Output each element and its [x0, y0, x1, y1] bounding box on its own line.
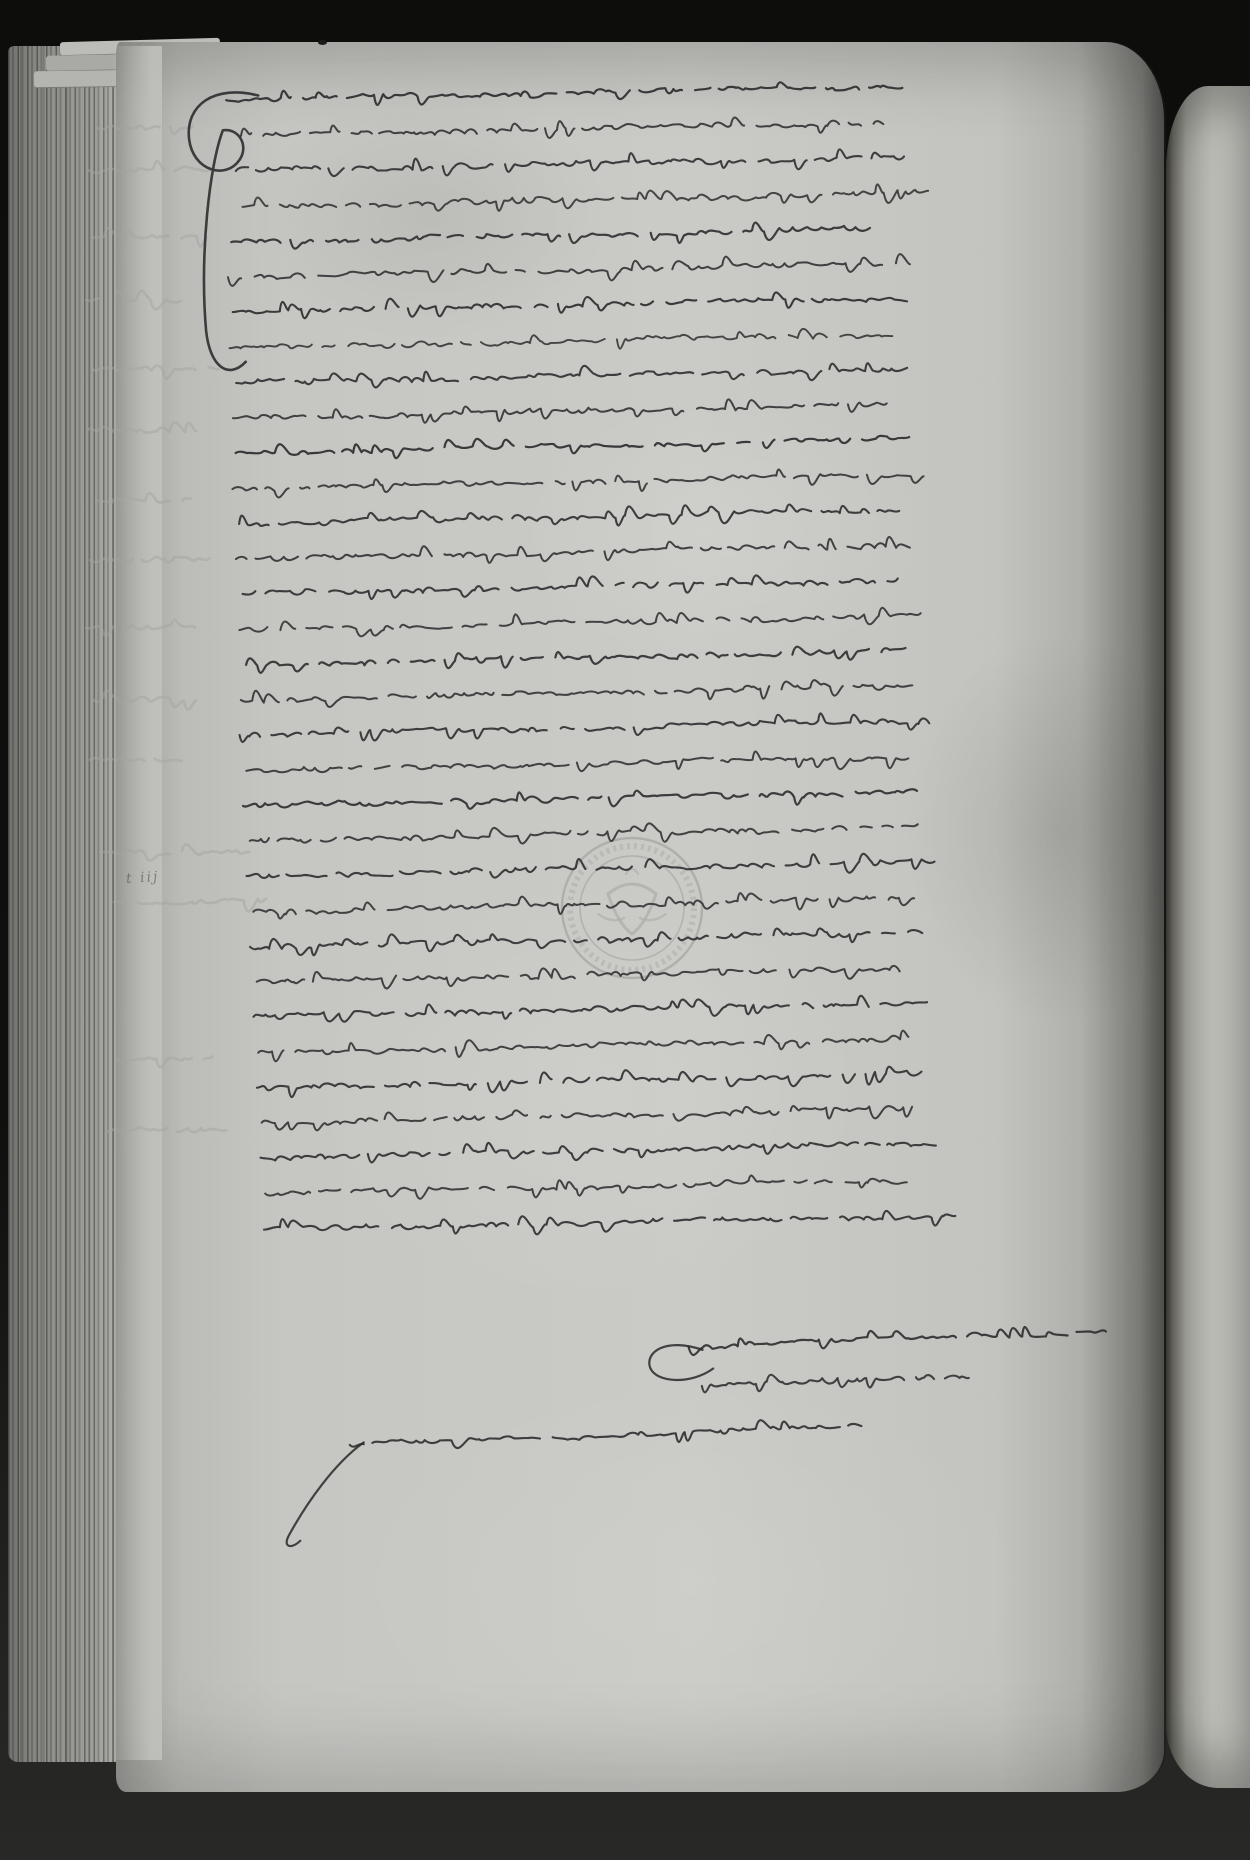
ink-speck — [318, 40, 327, 45]
manuscript-photo: t iij — [0, 0, 1250, 1860]
right-page — [1166, 86, 1250, 1788]
edge-seam — [110, 46, 162, 1760]
left-page — [116, 42, 1164, 1792]
gutter-crease — [1080, 42, 1166, 1792]
marginal-note: t iij — [125, 869, 159, 887]
photo-background: { "document": { "kind": "early-modern ha… — [0, 0, 1250, 1860]
